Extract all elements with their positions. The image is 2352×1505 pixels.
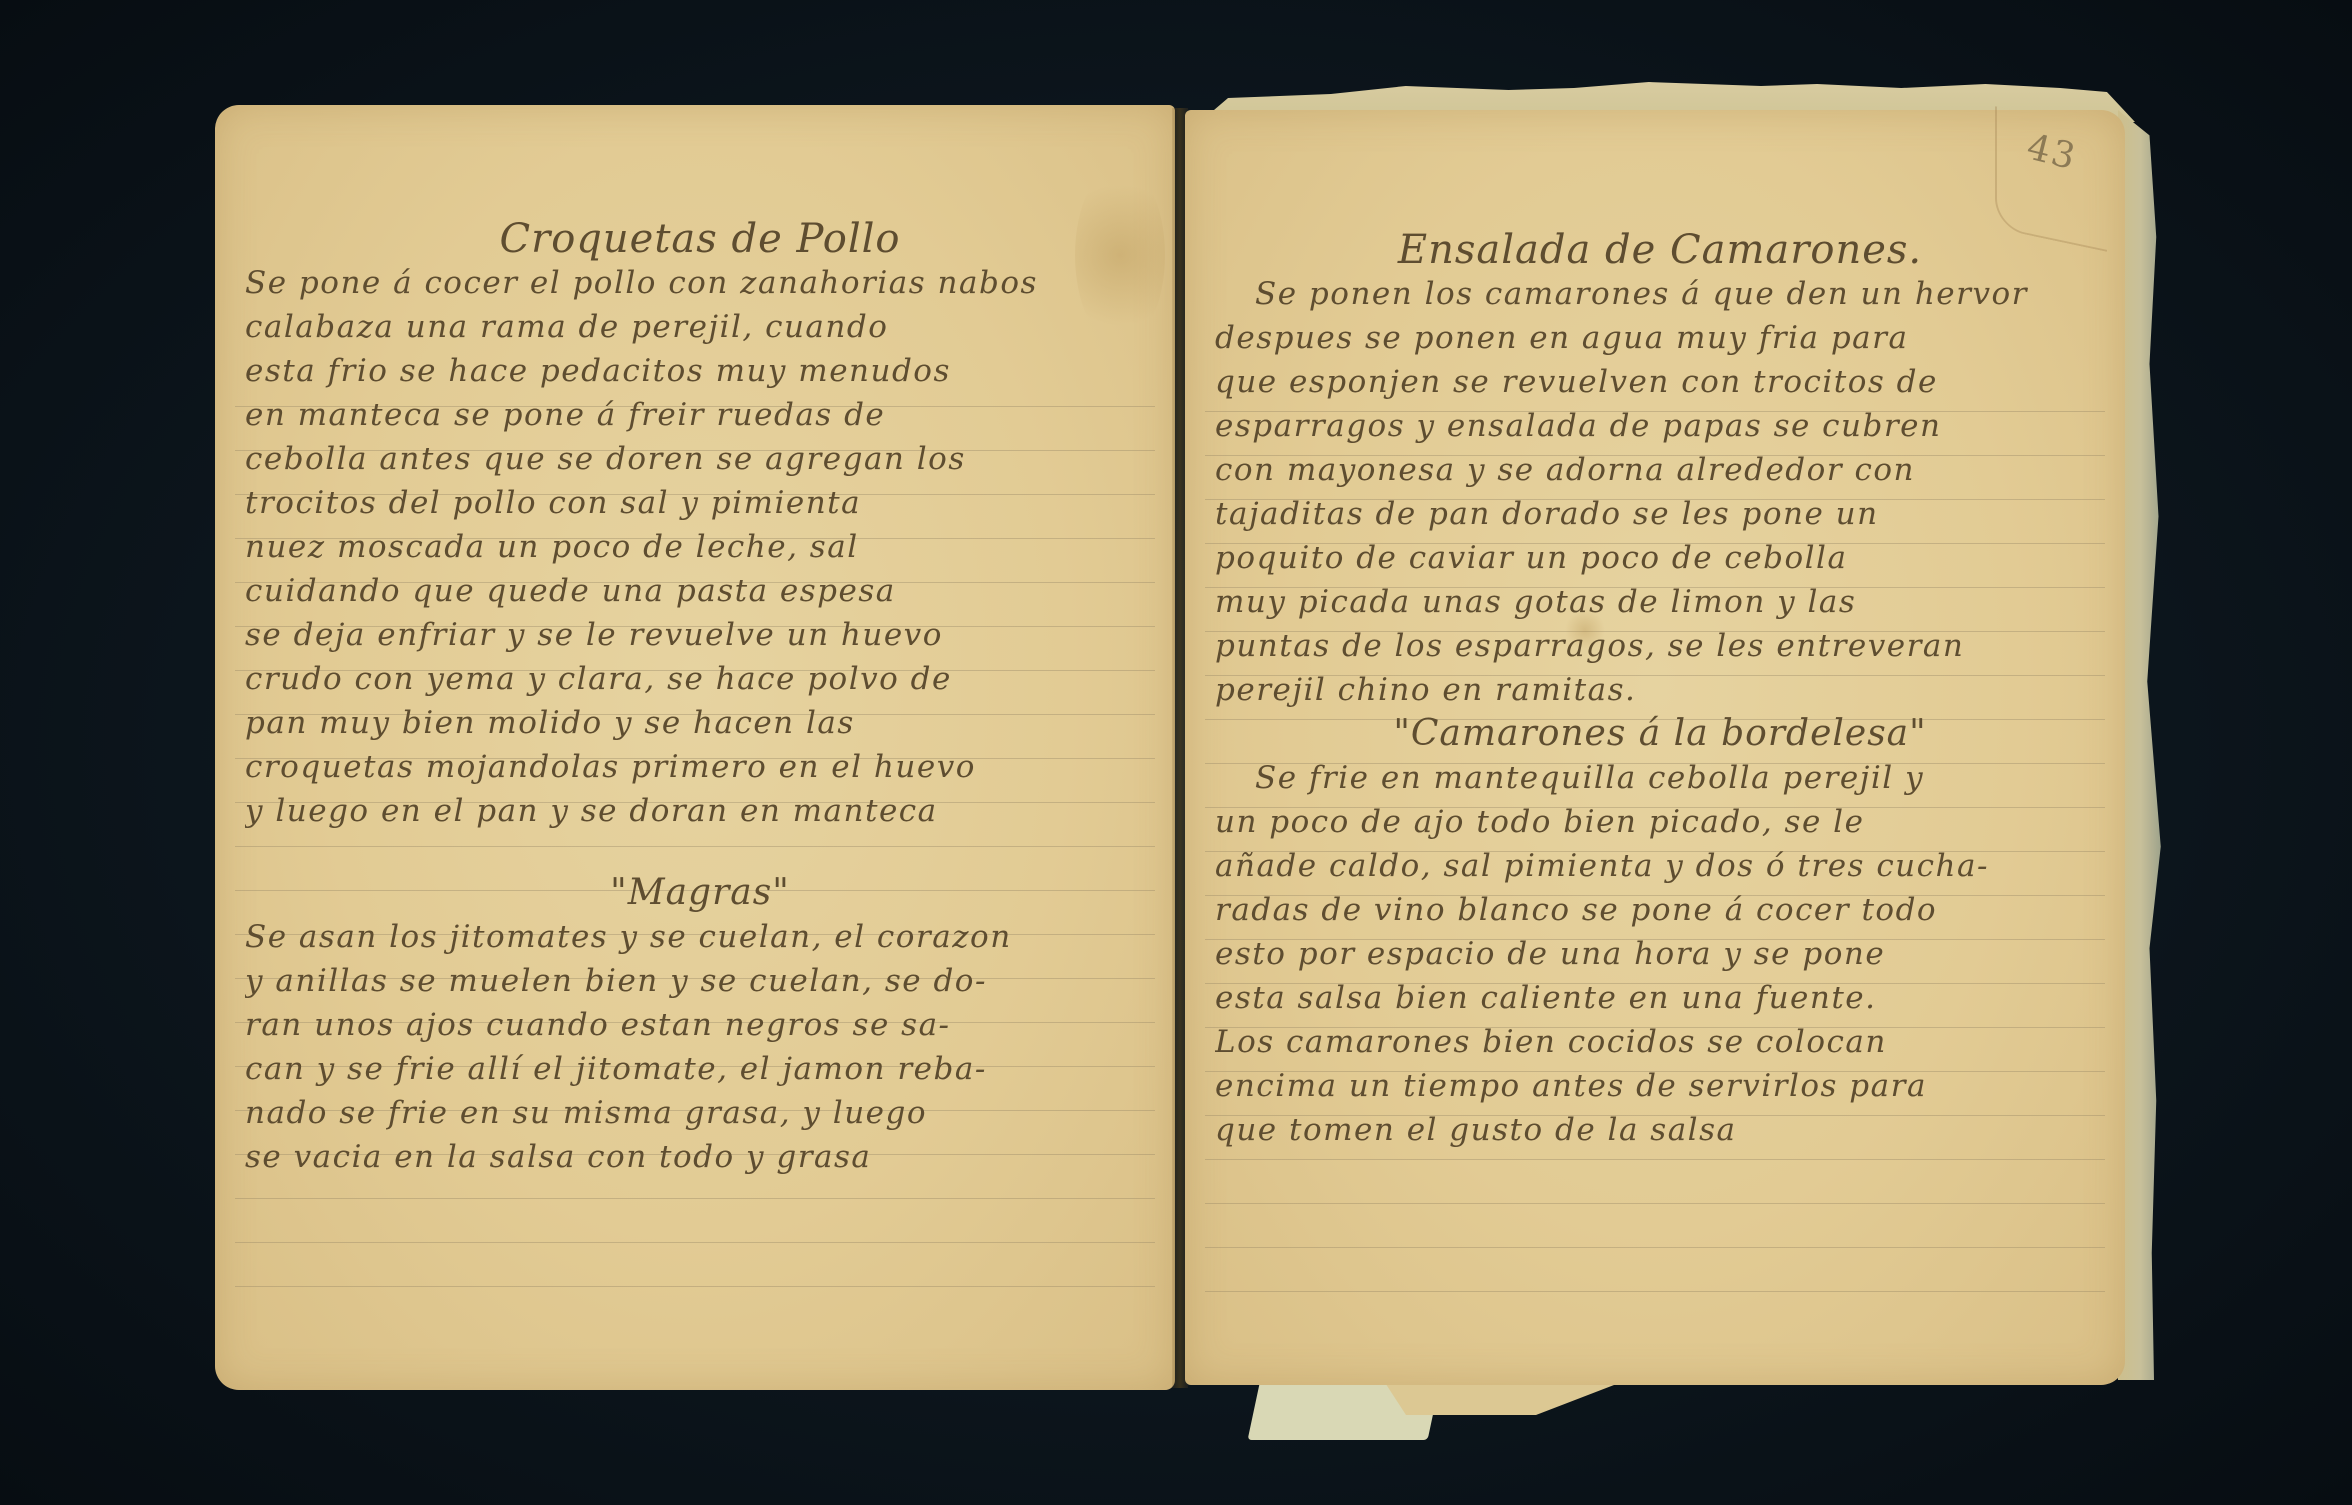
text-line: y luego en el pan y se doran en manteca	[245, 789, 1155, 833]
recipe-magras: "Magras" Se asan los jitomates y se cuel…	[245, 871, 1155, 1179]
text-line: se vacia en la salsa con todo y grasa	[245, 1135, 1155, 1179]
text-line: can y se frie allí el jitomate, el jamon…	[245, 1047, 1155, 1091]
text-line: encima un tiempo antes de servirlos para	[1215, 1064, 2105, 1108]
text-line: Se pone á cocer el pollo con zanahorias …	[245, 261, 1155, 305]
text-line: Se asan los jitomates y se cuelan, el co…	[245, 915, 1155, 959]
text-line: Se ponen los camarones á que den un herv…	[1215, 272, 2105, 316]
text-line: tajaditas de pan dorado se les pone un	[1215, 492, 2105, 536]
text-line: perejil chino en ramitas.	[1215, 668, 2105, 712]
notebook-page-left: Croquetas de Pollo Se pone á cocer el po…	[215, 105, 1175, 1390]
recipe-title: Croquetas de Pollo	[245, 217, 1155, 261]
text-line: poquito de caviar un poco de cebolla	[1215, 536, 2105, 580]
text-line: añade caldo, sal pimienta y dos ó tres c…	[1215, 844, 2105, 888]
text-line: y anillas se muelen bien y se cuelan, se…	[245, 959, 1155, 1003]
text-line: esta salsa bien caliente en una fuente.	[1215, 976, 2105, 1020]
recipe-title: "Magras"	[245, 871, 1155, 915]
text-line: calabaza una rama de perejil, cuando	[245, 305, 1155, 349]
text-line: con mayonesa y se adorna alrededor con	[1215, 448, 2105, 492]
recipe-ensalada-de-camarones: Ensalada de Camarones. Se ponen los cama…	[1215, 228, 2105, 712]
text-line: ran unos ajos cuando estan negros se sa-	[245, 1003, 1155, 1047]
recipe-camarones-a-la-bordelesa: "Camarones á la bordelesa" Se frie en ma…	[1215, 712, 2105, 1152]
text-line: esparragos y ensalada de papas se cubren	[1215, 404, 2105, 448]
text-line: nuez moscada un poco de leche, sal	[245, 525, 1155, 569]
text-line: puntas de los esparragos, se les entreve…	[1215, 624, 2105, 668]
text-line: que tomen el gusto de la salsa	[1215, 1108, 2105, 1152]
text-line: que esponjen se revuelven con trocitos d…	[1215, 360, 2105, 404]
text-line: cuidando que quede una pasta espesa	[245, 569, 1155, 613]
text-line: en manteca se pone á freir ruedas de	[245, 393, 1155, 437]
recipe-title: Ensalada de Camarones.	[1215, 228, 2105, 272]
recipe-croquetas-de-pollo: Croquetas de Pollo Se pone á cocer el po…	[245, 217, 1155, 833]
text-line: croquetas mojandolas primero en el huevo	[245, 745, 1155, 789]
text-line: crudo con yema y clara, se hace polvo de	[245, 657, 1155, 701]
text-line: muy picada unas gotas de limon y las	[1215, 580, 2105, 624]
text-line: pan muy bien molido y se hacen las	[245, 701, 1155, 745]
text-line: esta frio se hace pedacitos muy menudos	[245, 349, 1155, 393]
text-line: trocitos del pollo con sal y pimienta	[245, 481, 1155, 525]
text-line: cebolla antes que se doren se agregan lo…	[245, 437, 1155, 481]
text-line: se deja enfriar y se le revuelve un huev…	[245, 613, 1155, 657]
text-line: radas de vino blanco se pone á cocer tod…	[1215, 888, 2105, 932]
notebook-page-right: 43 Ensalada de Camarones. Se ponen los c…	[1185, 110, 2125, 1385]
text-line: despues se ponen en agua muy fria para	[1215, 316, 2105, 360]
text-line: un poco de ajo todo bien picado, se le	[1215, 800, 2105, 844]
text-line: Los camarones bien cocidos se colocan	[1215, 1020, 2105, 1064]
text-line: Se frie en mantequilla cebolla perejil y	[1215, 756, 2105, 800]
text-line: esto por espacio de una hora y se pone	[1215, 932, 2105, 976]
text-line: nado se frie en su misma grasa, y luego	[245, 1091, 1155, 1135]
recipe-title: "Camarones á la bordelesa"	[1215, 712, 2105, 756]
